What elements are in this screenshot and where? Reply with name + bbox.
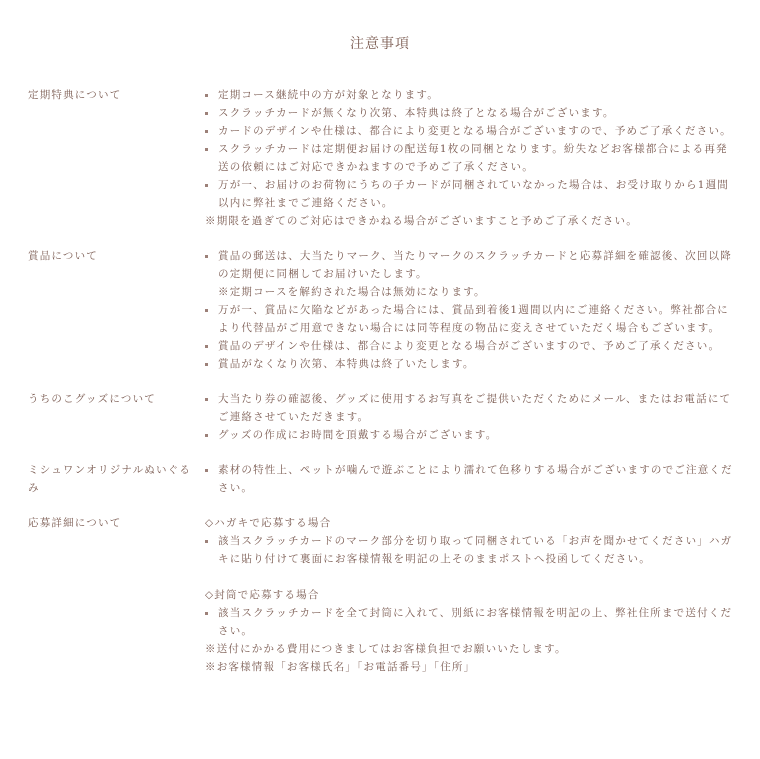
- list-item: 定期コース継続中の方が対象となります。: [204, 86, 734, 104]
- list-item: 素材の特性上、ペットが噛んで遊ぶことにより濡れて色移りする場合がございますのでご…: [204, 461, 734, 497]
- page-title: 注意事項: [0, 33, 760, 53]
- section-note: ※期限を過ぎてのご対応はできかねる場合がございますこと予めご了承ください。: [204, 212, 734, 230]
- list-item: 該当スクラッチカードのマーク部分を切り取って同梱されている「お声を聞かせてくださ…: [204, 532, 734, 568]
- section-note: ※お客様情報「お客様氏名」「お電話番号」「住所」: [204, 658, 734, 676]
- list-item: グッズの作成にお時間を頂戴する場合がございます。: [204, 426, 734, 444]
- section-prizes: 賞品について 賞品の郵送は、大当たりマーク、当たりマークのスクラッチカードと応募…: [0, 247, 760, 373]
- section-label: 賞品について: [0, 247, 198, 373]
- section-original-plush: ミシュワンオリジナルぬいぐるみ 素材の特性上、ペットが噛んで遊ぶことにより濡れて…: [0, 461, 760, 497]
- list-item: 万が一、賞品に欠陥などがあった場合には、賞品到着後1週間以内にご連絡ください。弊…: [204, 301, 734, 337]
- envelope-heading: ◇封筒で応募する場合: [204, 586, 734, 604]
- item-list: 賞品の郵送は、大当たりマーク、当たりマークのスクラッチカードと応募詳細を確認後、…: [204, 247, 734, 373]
- item-list: 定期コース継続中の方が対象となります。 スクラッチカードが無くなり次第、本特典は…: [204, 86, 734, 212]
- section-label: 定期特典について: [0, 86, 198, 230]
- item-list: 素材の特性上、ペットが噛んで遊ぶことにより濡れて色移りする場合がございますのでご…: [204, 461, 734, 497]
- section-custom-goods: うちのこグッズについて 大当たり券の確認後、グッズに使用するお写真をご提供いただ…: [0, 390, 760, 444]
- spacer: [204, 568, 734, 586]
- postcard-heading: ◇ハガキで応募する場合: [204, 514, 734, 532]
- section-label: うちのこグッズについて: [0, 390, 198, 444]
- section-label: ミシュワンオリジナルぬいぐるみ: [0, 461, 198, 497]
- list-item: 賞品のデザインや仕様は、都合により変更となる場合がございますので、予めご了承くだ…: [204, 337, 734, 355]
- section-application-details: 応募詳細について ◇ハガキで応募する場合 該当スクラッチカードのマーク部分を切り…: [0, 514, 760, 676]
- item-list: 大当たり券の確認後、グッズに使用するお写真をご提供いただくためにメール、またはお…: [204, 390, 734, 444]
- section-note: ※送付にかかる費用につきましてはお客様負担でお願いいたします。: [204, 640, 734, 658]
- list-item: 該当スクラッチカードを全て封筒に入れて、別紙にお客様情報を明記の上、弊社住所まで…: [204, 604, 734, 640]
- section-subscription-benefits: 定期特典について 定期コース継続中の方が対象となります。 スクラッチカードが無く…: [0, 86, 760, 230]
- list-item: スクラッチカードは定期便お届けの配送毎1枚の同梱となります。紛失などお客様都合に…: [204, 140, 734, 176]
- postcard-item-list: 該当スクラッチカードのマーク部分を切り取って同梱されている「お声を聞かせてくださ…: [204, 532, 734, 568]
- notice-sections: 定期特典について 定期コース継続中の方が対象となります。 スクラッチカードが無く…: [0, 86, 760, 693]
- list-item: 賞品がなくなり次第、本特典は終了いたします。: [204, 355, 734, 373]
- list-item-subnote: ※定期コースを解約された場合は無効になります。: [218, 283, 734, 301]
- section-body: 賞品の郵送は、大当たりマーク、当たりマークのスクラッチカードと応募詳細を確認後、…: [198, 247, 734, 373]
- section-label: 応募詳細について: [0, 514, 198, 676]
- list-item: カードのデザインや仕様は、都合により変更となる場合がございますので、予めご了承く…: [204, 122, 734, 140]
- list-item-text: 賞品の郵送は、大当たりマーク、当たりマークのスクラッチカードと応募詳細を確認後、…: [218, 250, 732, 280]
- section-body: 素材の特性上、ペットが噛んで遊ぶことにより濡れて色移りする場合がございますのでご…: [198, 461, 734, 497]
- list-item: スクラッチカードが無くなり次第、本特典は終了となる場合がございます。: [204, 104, 734, 122]
- section-body: 定期コース継続中の方が対象となります。 スクラッチカードが無くなり次第、本特典は…: [198, 86, 734, 230]
- list-item: 大当たり券の確認後、グッズに使用するお写真をご提供いただくためにメール、またはお…: [204, 390, 734, 426]
- list-item: 万が一、お届けのお荷物にうちの子カードが同梱されていなかった場合は、お受け取りか…: [204, 176, 734, 212]
- list-item: 賞品の郵送は、大当たりマーク、当たりマークのスクラッチカードと応募詳細を確認後、…: [204, 247, 734, 301]
- envelope-item-list: 該当スクラッチカードを全て封筒に入れて、別紙にお客様情報を明記の上、弊社住所まで…: [204, 604, 734, 640]
- section-body: 大当たり券の確認後、グッズに使用するお写真をご提供いただくためにメール、またはお…: [198, 390, 734, 444]
- section-body: ◇ハガキで応募する場合 該当スクラッチカードのマーク部分を切り取って同梱されてい…: [198, 514, 734, 676]
